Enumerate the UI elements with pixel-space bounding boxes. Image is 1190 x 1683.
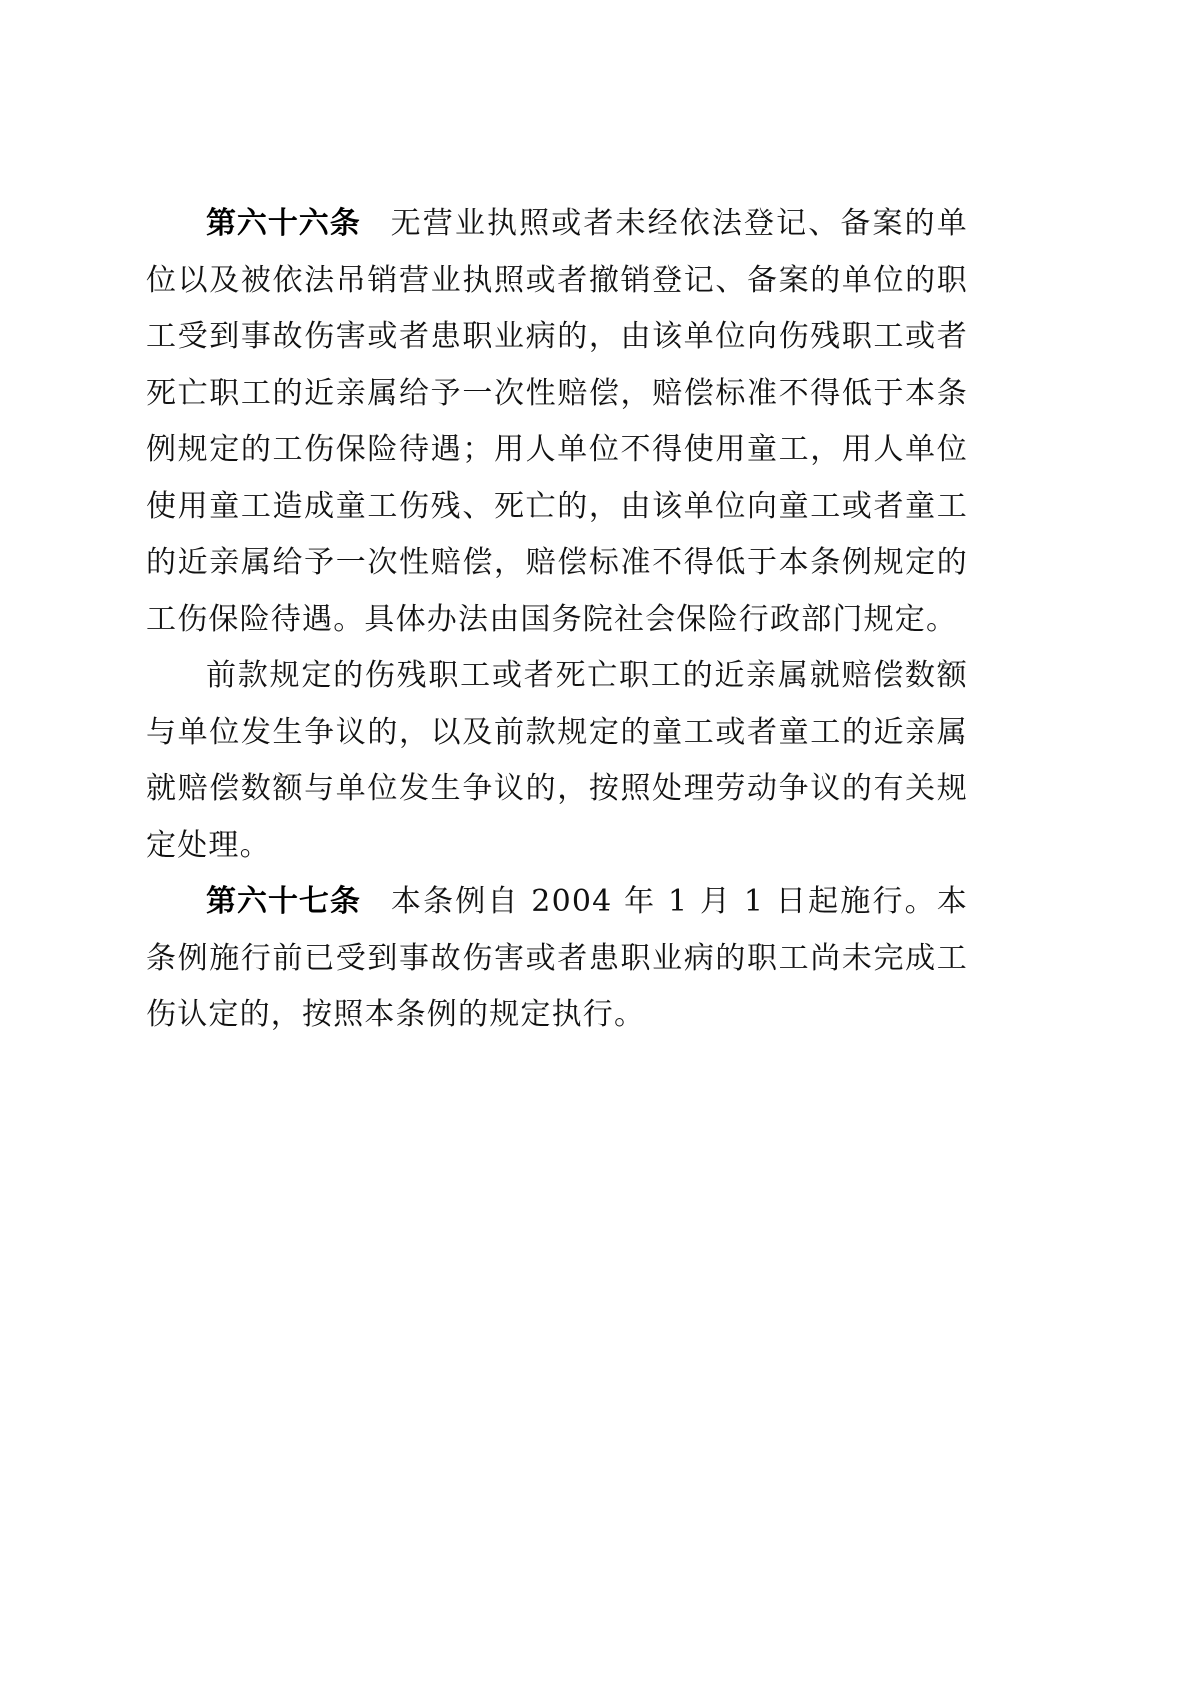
article-66-text-2: 前款规定的伤残职工或者死亡职工的近亲属就赔偿数额与单位发生争议的，以及前款规定的… <box>146 658 968 863</box>
article-66-number: 第六十六条 <box>206 206 361 241</box>
article-66-paragraph-2: 前款规定的伤残职工或者死亡职工的近亲属就赔偿数额与单位发生争议的，以及前款规定的… <box>146 648 968 874</box>
article-66-text-1: 无营业执照或者未经依法登记、备案的单位以及被依法吊销营业执照或者撤销登记、备案的… <box>146 206 968 637</box>
article-67-number: 第六十七条 <box>206 884 361 919</box>
article-67-paragraph-1: 第六十七条本条例自 2004 年 1 月 1 日起施行。本条例施行前已受到事故伤… <box>146 874 968 1044</box>
article-66-paragraph-1: 第六十六条无营业执照或者未经依法登记、备案的单位以及被依法吊销营业执照或者撤销登… <box>146 196 968 648</box>
document-page: 第六十六条无营业执照或者未经依法登记、备案的单位以及被依法吊销营业执照或者撤销登… <box>146 196 968 1044</box>
